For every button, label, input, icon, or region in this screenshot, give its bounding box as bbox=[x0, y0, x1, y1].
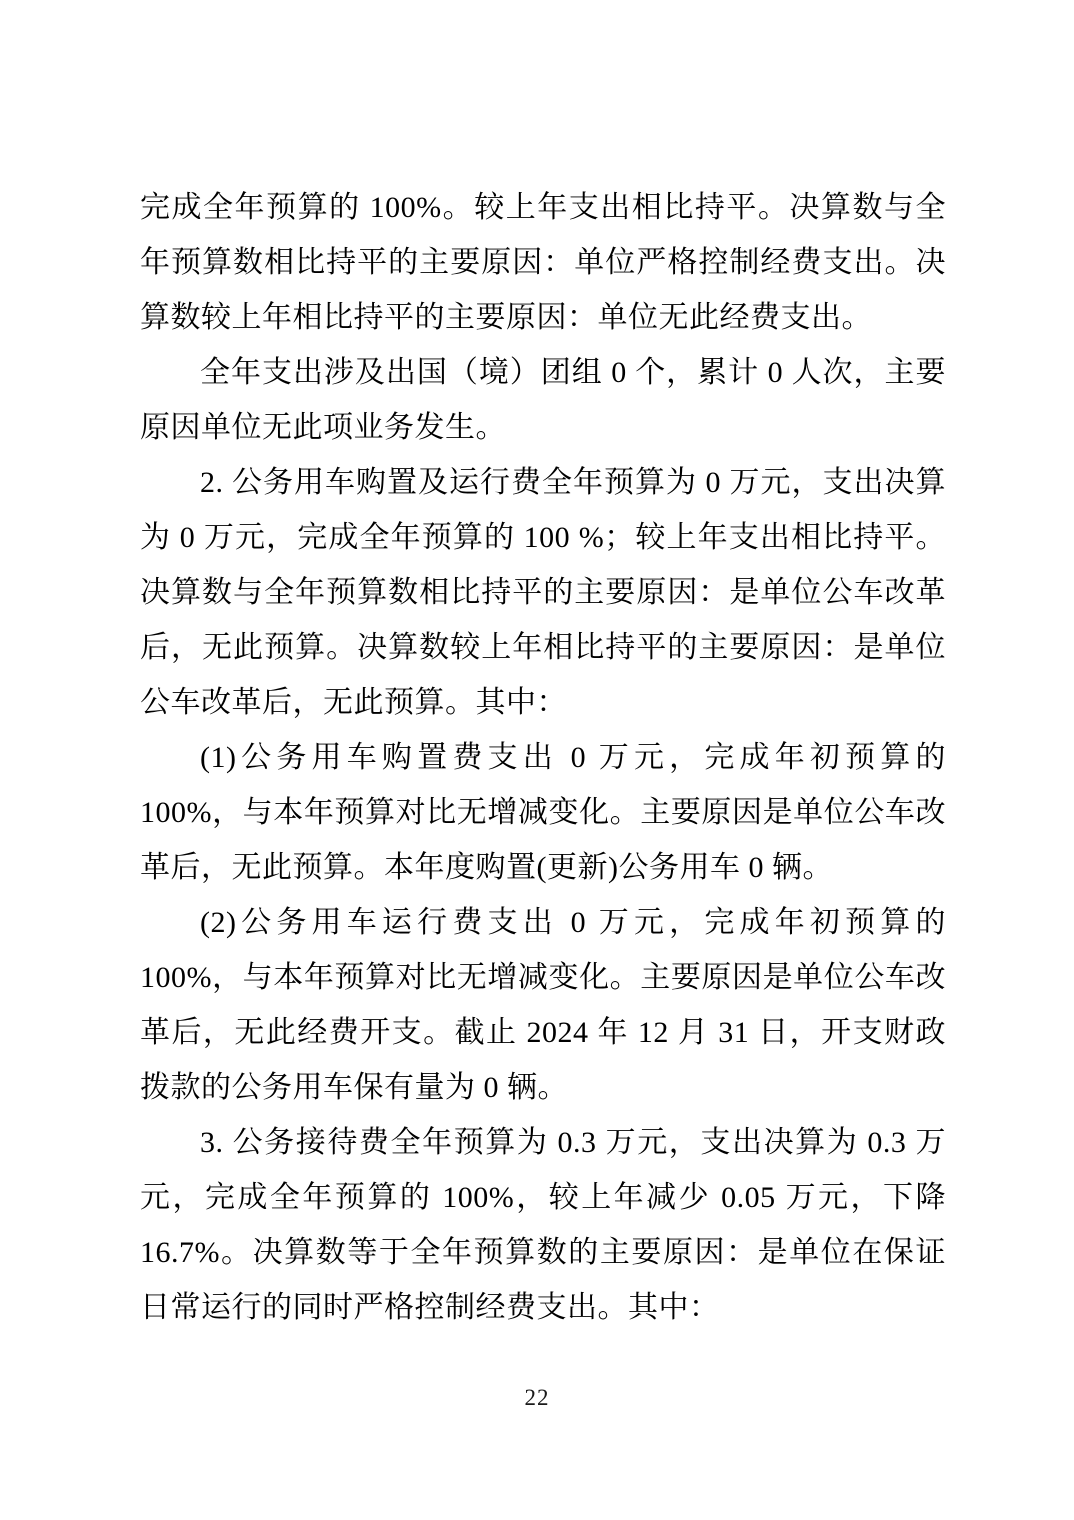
paragraph: 完成全年预算的 100%。较上年支出相比持平。决算数与全年预算数相比持平的主要原… bbox=[140, 180, 946, 345]
paragraph: 2. 公务用车购置及运行费全年预算为 0 万元，支出决算为 0 万元，完成全年预… bbox=[140, 455, 946, 730]
paragraph: 3. 公务接待费全年预算为 0.3 万元，支出决算为 0.3 万元，完成全年预算… bbox=[140, 1115, 946, 1335]
document-page: 完成全年预算的 100%。较上年支出相比持平。决算数与全年预算数相比持平的主要原… bbox=[0, 0, 1074, 1520]
page-footer: 22 bbox=[0, 1385, 1074, 1411]
paragraph: (2)公务用车运行费支出 0 万元，完成年初预算的 100%，与本年预算对比无增… bbox=[140, 895, 946, 1115]
paragraph: (1)公务用车购置费支出 0 万元，完成年初预算的 100%，与本年预算对比无增… bbox=[140, 730, 946, 895]
page-number: 22 bbox=[525, 1385, 550, 1410]
paragraph: 全年支出涉及出国（境）团组 0 个，累计 0 人次，主要原因单位无此项业务发生。 bbox=[140, 345, 946, 455]
document-body: 完成全年预算的 100%。较上年支出相比持平。决算数与全年预算数相比持平的主要原… bbox=[140, 180, 946, 1335]
